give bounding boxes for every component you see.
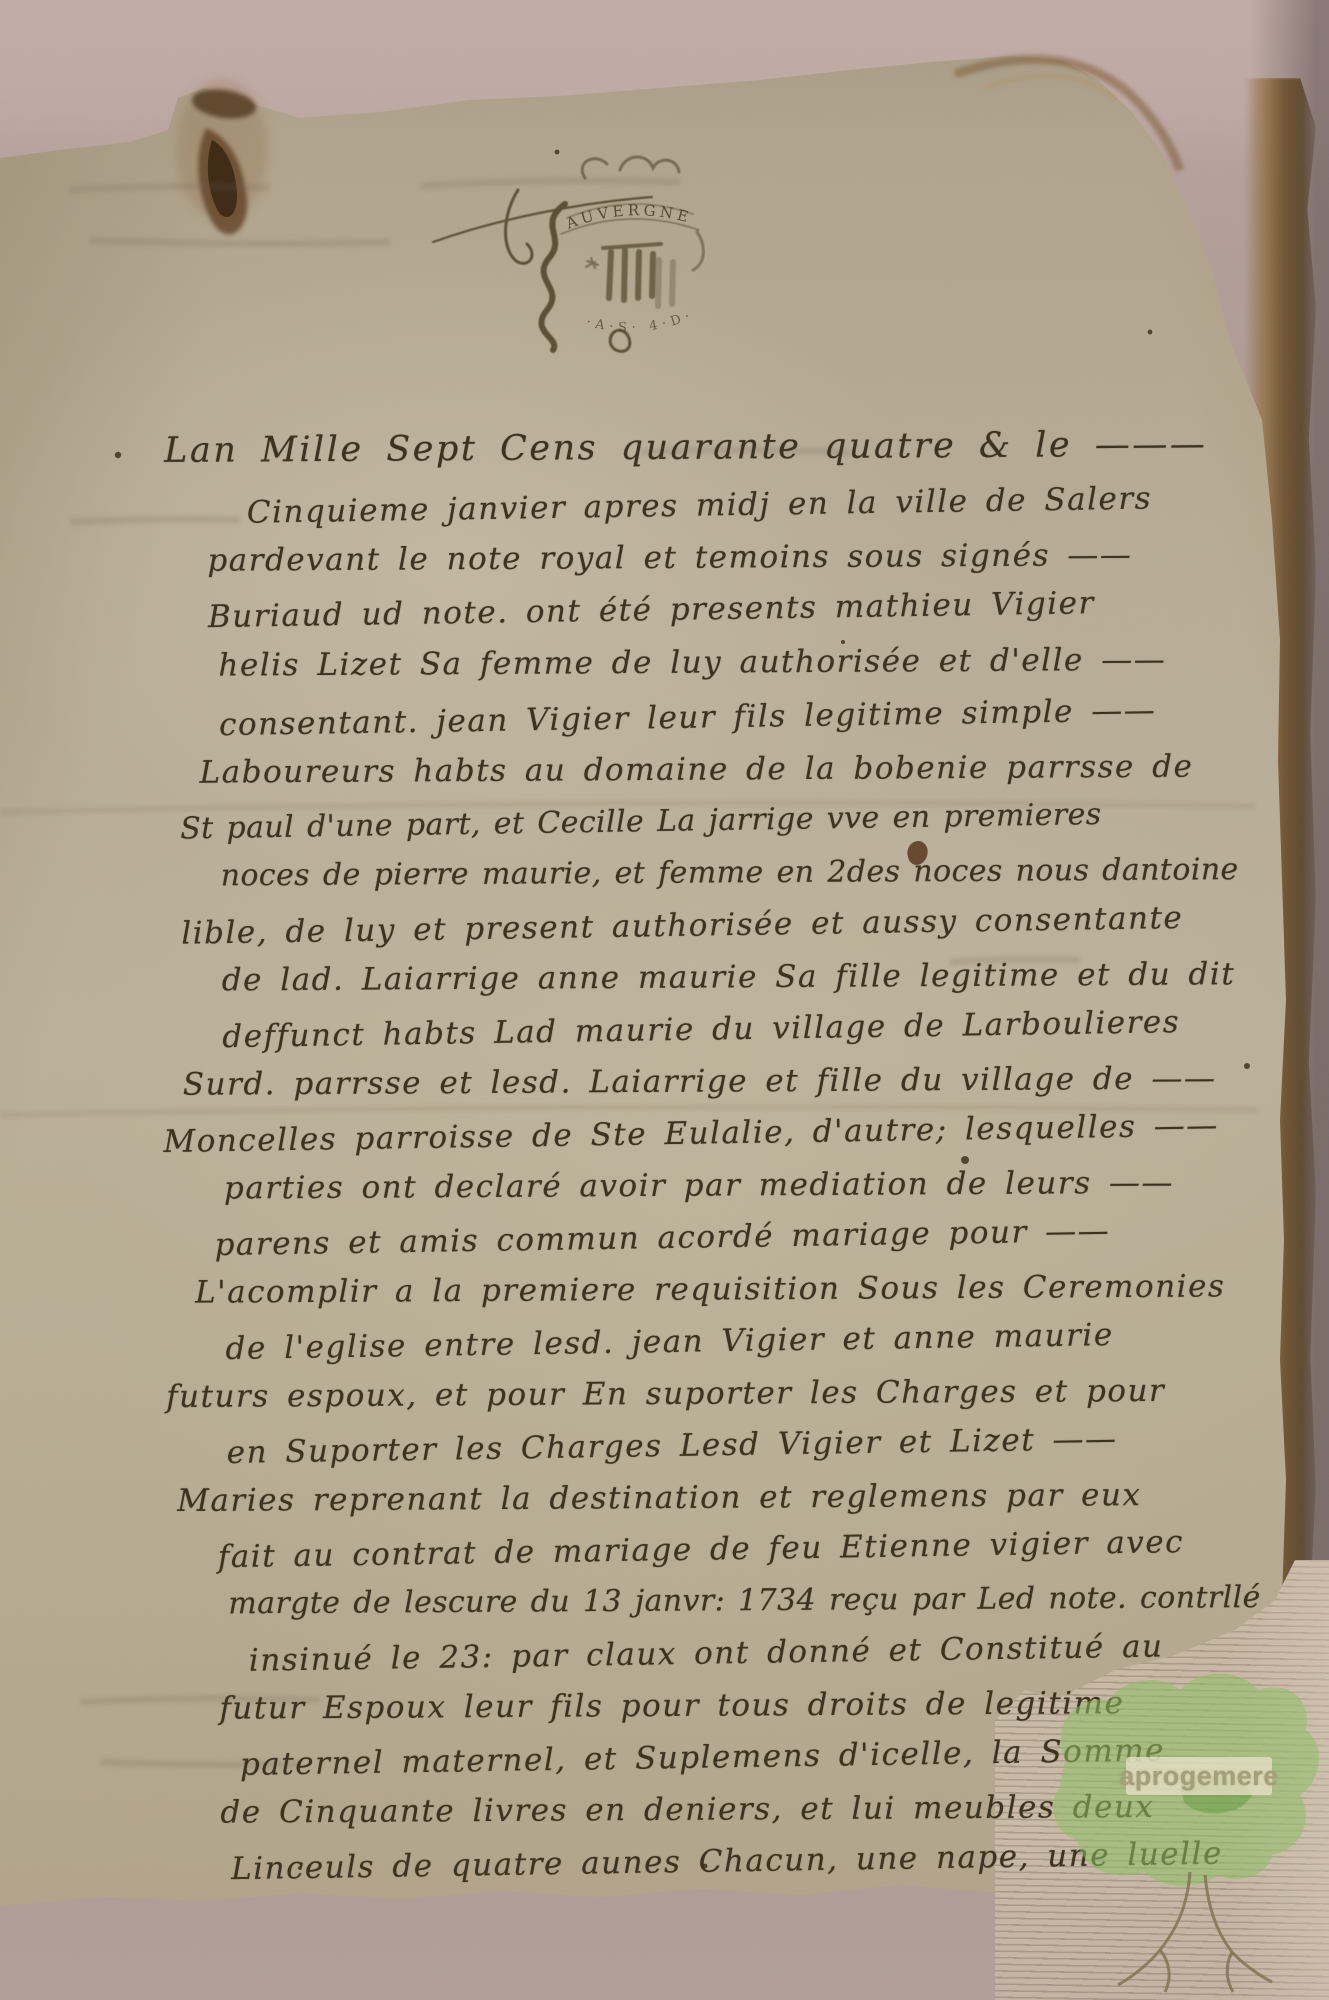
manuscript-line: parens et amis commun acordé mariage pou… bbox=[214, 1213, 1110, 1263]
manuscript-line: Lan Mille Sept Cens quarante quatre & le… bbox=[164, 425, 1207, 471]
manuscript-line: lible, de luy et present authorisée et a… bbox=[181, 900, 1184, 952]
manuscript-line: Maries reprenant la destination et regle… bbox=[177, 1477, 1141, 1519]
auvergne-tax-stamp: AUVERGNE ·A·S· 4·D· bbox=[415, 140, 705, 355]
svg-text:·A·S· 4·D·: ·A·S· 4·D· bbox=[585, 307, 697, 335]
manuscript-line: paternel maternel, et Suplemens d'icelle… bbox=[240, 1732, 1166, 1783]
stamp-duty-text: ·A·S· 4·D· bbox=[585, 307, 697, 335]
manuscript-line: Laboureurs habts au domaine de la bobeni… bbox=[199, 749, 1193, 791]
manuscript-line: en Suporter les Charges Lesd Vigier et L… bbox=[226, 1421, 1117, 1471]
stamp-star bbox=[586, 258, 598, 268]
stamp-shield-bars bbox=[603, 244, 661, 300]
manuscript-line: futurs espoux, et pour En suporter les C… bbox=[166, 1373, 1165, 1415]
manuscript-line: Buriaud ud note. ont été presents mathie… bbox=[208, 585, 1095, 635]
manuscript-line: consentant. jean Vigier leur fils legiti… bbox=[219, 692, 1157, 743]
stamp-shield-bars-smear bbox=[658, 260, 673, 306]
manuscript-line: Linceuls de quatre aunes Chacun, une nap… bbox=[231, 1836, 1223, 1888]
manuscript-line: pardevant le note royal et temoins sous … bbox=[207, 537, 1132, 579]
watermark-label: aprogemere bbox=[1126, 1757, 1272, 1795]
ink-flourish bbox=[433, 190, 652, 263]
manuscript-line: Cinquieme janvier apres midj en la ville… bbox=[247, 480, 1153, 530]
manuscript-line: de lad. Laiarrige anne maurie Sa fille l… bbox=[222, 956, 1236, 998]
manuscript-line: fait au contrat de mariage de feu Etienn… bbox=[218, 1524, 1185, 1575]
manuscript-line: helis Lizet Sa femme de luy authorisée e… bbox=[218, 642, 1166, 684]
manuscript-line: insinué le 23: par claux ont donné et Co… bbox=[249, 1628, 1164, 1678]
manuscript-photo: AUVERGNE ·A·S· 4·D· Lan Mille Sept Cens … bbox=[0, 0, 1329, 2000]
manuscript-line: L'acomplir a la premiere requisition Sou… bbox=[195, 1268, 1225, 1310]
manuscript-line: margte de lescure du 13 janvr: 1734 reçu… bbox=[228, 1580, 1261, 1621]
manuscript-line: de Cinquante livres en deniers, et lui m… bbox=[220, 1789, 1154, 1831]
manuscript-line: parties ont declaré avoir par mediation … bbox=[224, 1165, 1174, 1207]
manuscript-line: deffunct habts Lad maurie du village de … bbox=[222, 1004, 1180, 1055]
manuscript-line: futur Espoux leur fils pour tous droits … bbox=[219, 1685, 1124, 1727]
manuscript-line: noces de pierre maurie, et femme en 2des… bbox=[221, 852, 1239, 893]
manuscript-line: de l'eglise entre lesd. jean Vigier et a… bbox=[225, 1317, 1114, 1367]
manuscript-line: Surd. parrsse et lesd. Laiarrige et fill… bbox=[183, 1060, 1217, 1102]
manuscript-line: Moncelles parroisse de Ste Eulalie, d'au… bbox=[163, 1107, 1219, 1160]
manuscript-line: St paul d'une part, et Cecille La jarrig… bbox=[180, 797, 1102, 846]
